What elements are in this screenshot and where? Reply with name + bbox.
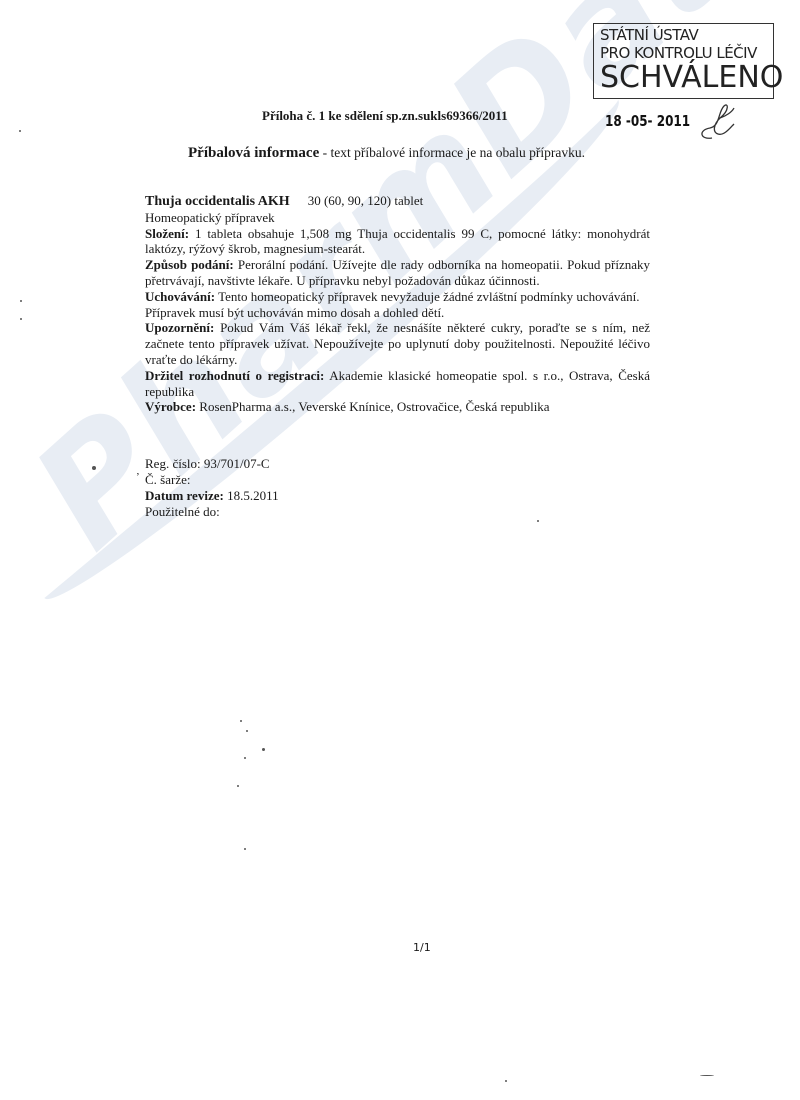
batch-number: Č. šarže:	[145, 472, 279, 488]
revision-date: Datum revize: 18.5.2011	[145, 488, 279, 504]
section-children-warning: Přípravek musí být uchováván mimo dosah …	[145, 305, 650, 321]
section-administration: Způsob podání: Perorální podání. Užívejt…	[145, 257, 650, 289]
section-composition: Složení: 1 tableta obsahuje 1,508 mg Thu…	[145, 226, 650, 258]
stamp-line-3: SCHVÁLENO	[600, 62, 773, 94]
pil-header-title: Příbalová informace	[188, 145, 319, 161]
registration-number: Reg. číslo: 93/701/07-C	[145, 456, 279, 472]
page-number: 1/1	[413, 941, 431, 954]
section-caution: Upozornění: Pokud Vám Váš lékař řekl, že…	[145, 320, 650, 367]
leaflet-body: Thuja occidentalis AKH30 (60, 90, 120) t…	[145, 193, 650, 415]
pil-header: Příbalová informace - text příbalové inf…	[188, 145, 585, 162]
product-type: Homeopatický přípravek	[145, 210, 650, 226]
annex-reference: Příloha č. 1 ke sdělení sp.zn.sukls69366…	[262, 108, 508, 124]
section-registration-holder: Držitel rozhodnutí o registraci: Akademi…	[145, 368, 650, 400]
stamp-date: 18 -05- 2011	[605, 112, 690, 130]
pen-tick-mark: ’	[136, 471, 140, 483]
product-title-row: Thuja occidentalis AKH30 (60, 90, 120) t…	[145, 193, 650, 210]
section-manufacturer: Výrobce: RosenPharma a.s., Veverské Knín…	[145, 399, 650, 415]
expiry-date: Použitelné do:	[145, 504, 279, 520]
batch-info: Reg. číslo: 93/701/07-C Č. šarže: Datum …	[145, 456, 279, 520]
stamp-line-1: STÁTNÍ ÚSTAV	[600, 26, 773, 44]
section-storage: Uchovávání: Tento homeopatický přípravek…	[145, 289, 650, 305]
approval-stamp: STÁTNÍ ÚSTAV PRO KONTROLU LÉČIV SCHVÁLEN…	[593, 23, 774, 99]
pil-header-subtitle: - text příbalové informace je na obalu p…	[319, 145, 585, 160]
signature-icon	[690, 100, 740, 145]
product-name: Thuja occidentalis AKH	[145, 194, 290, 209]
product-packs: 30 (60, 90, 120) tablet	[308, 193, 424, 208]
